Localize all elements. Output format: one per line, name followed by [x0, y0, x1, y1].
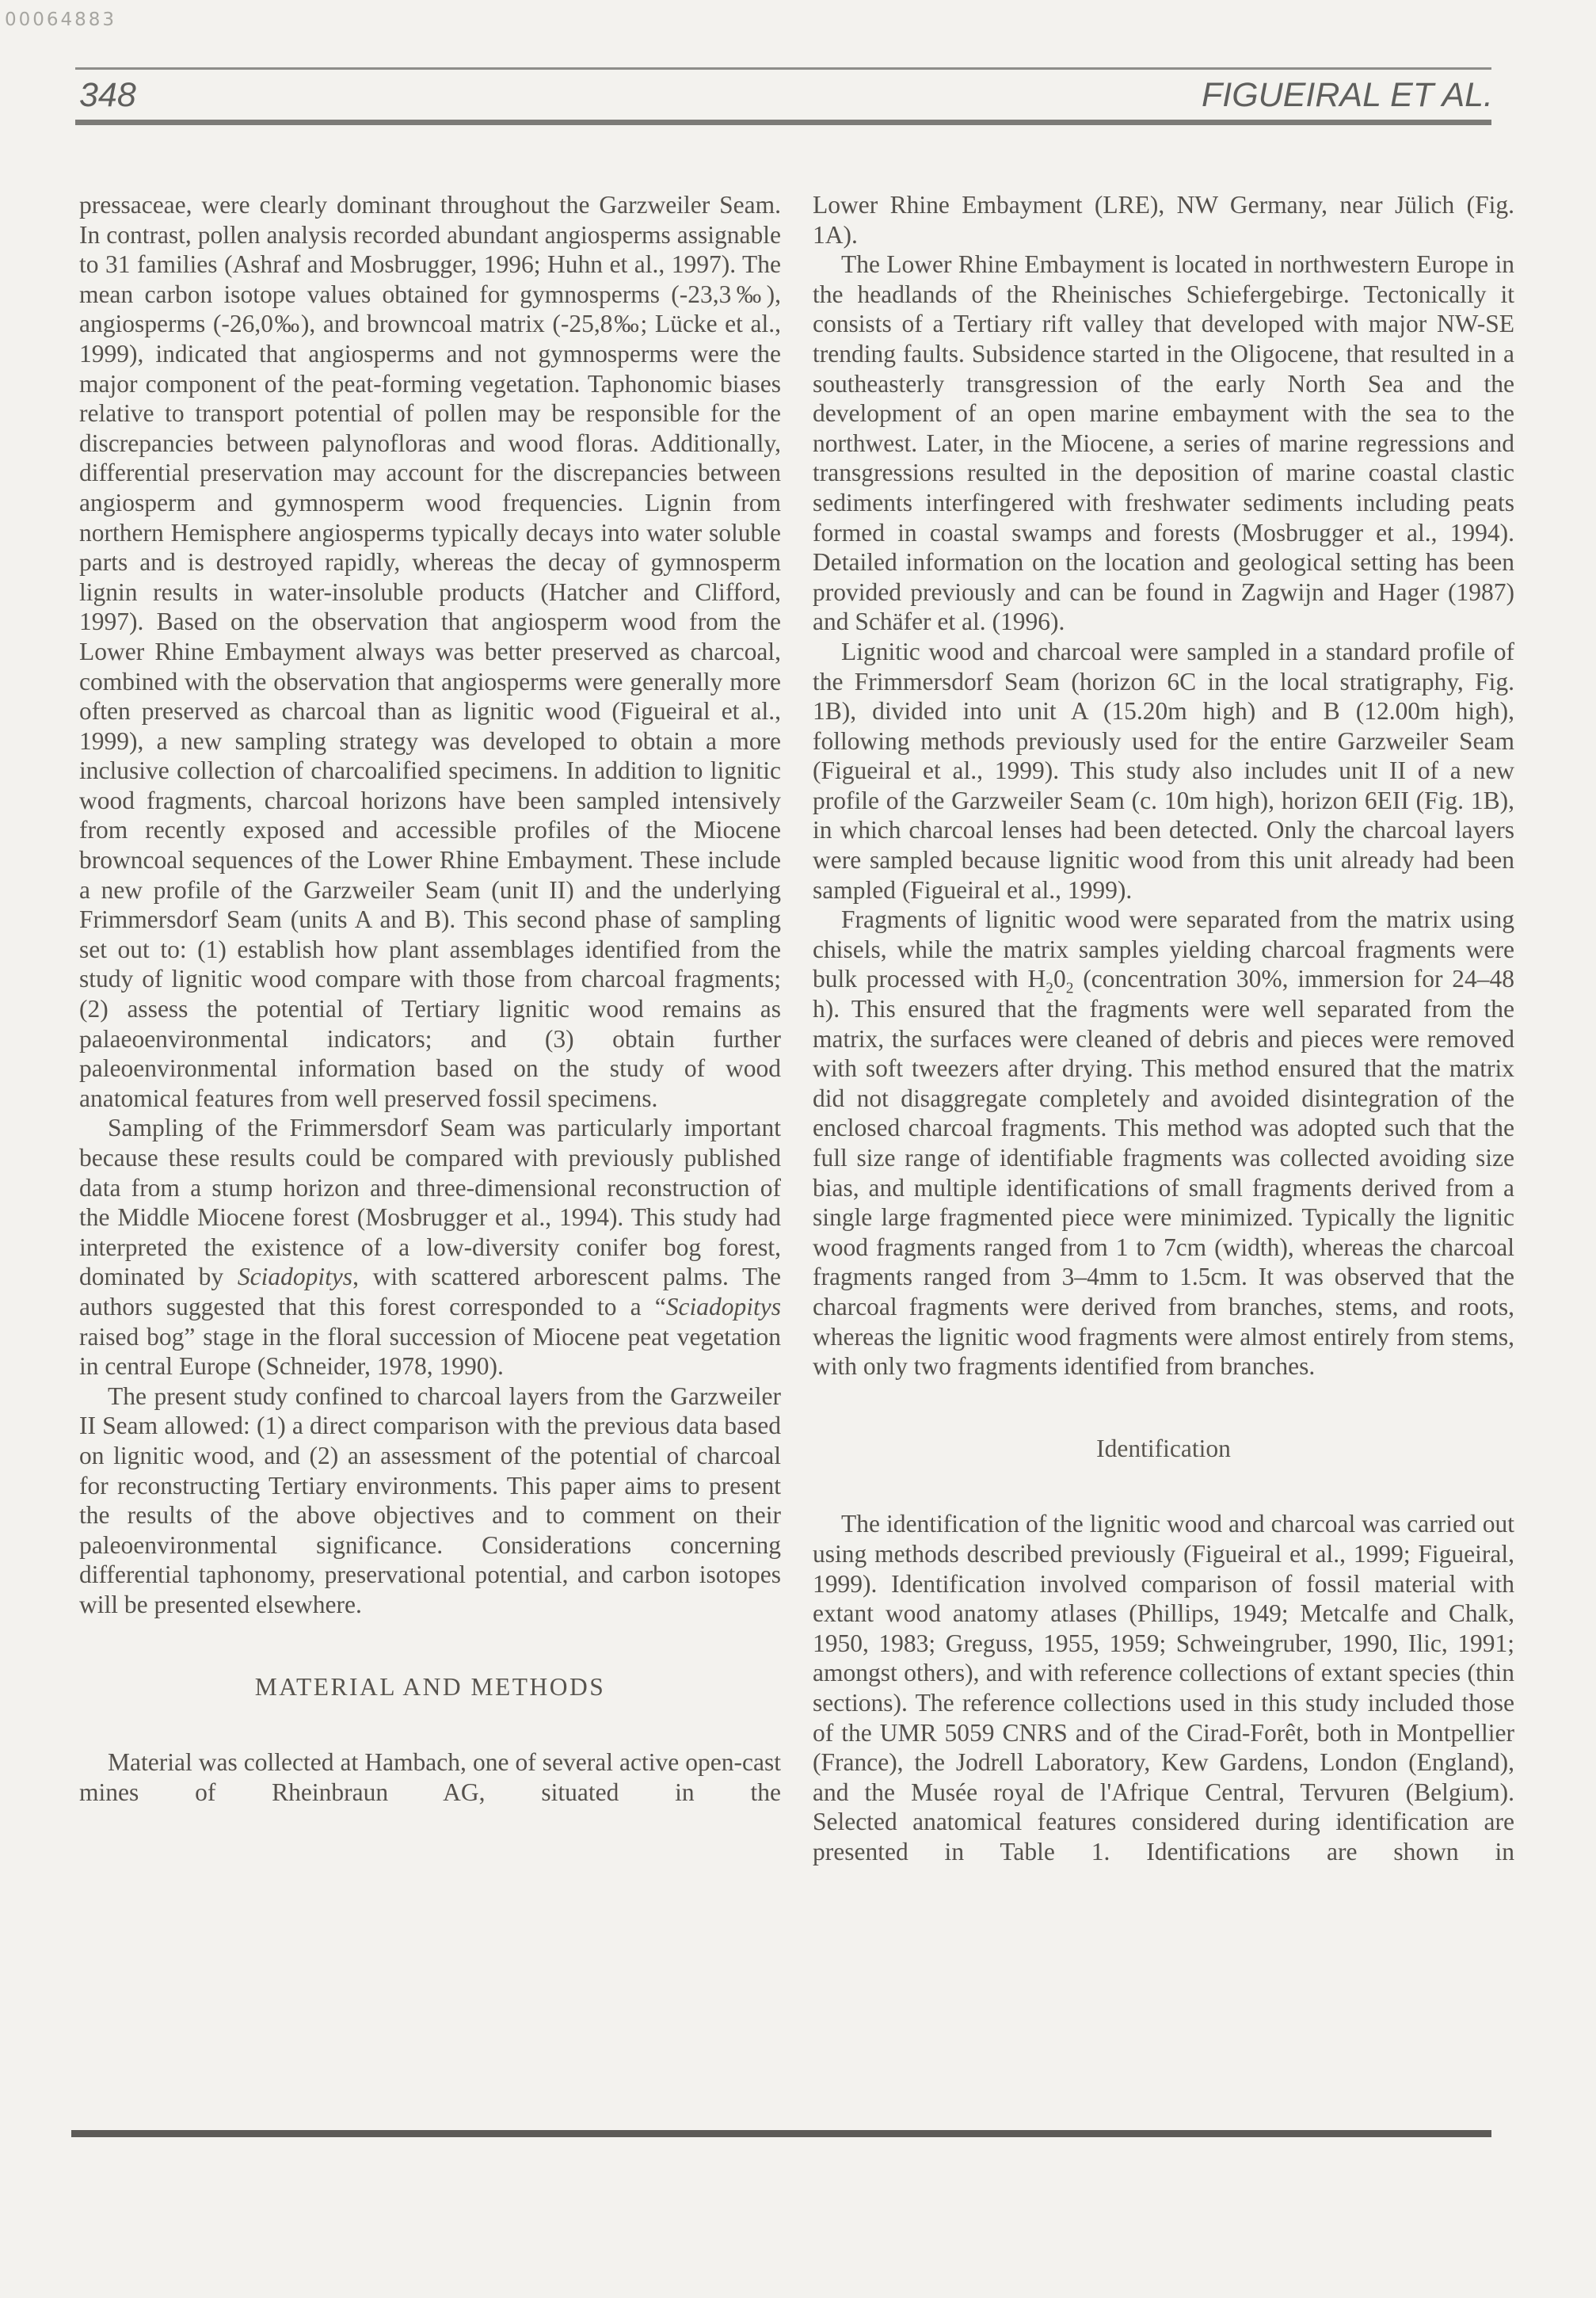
page-number: 348: [79, 76, 136, 115]
bottom-scan-bar: [71, 2130, 1491, 2137]
right-column: Lower Rhine Embayment (LRE), NW Germany,…: [813, 190, 1514, 1866]
paragraph: Sampling of the Frimmersdorf Seam was pa…: [79, 1113, 781, 1381]
paragraph: Lignitic wood and charcoal were sampled …: [813, 637, 1514, 905]
section-heading: Identification: [813, 1434, 1514, 1464]
header-rule-top: [75, 67, 1491, 70]
section-heading: MATERIAL AND METHODS: [79, 1672, 781, 1702]
paragraph: The present study confined to charcoal l…: [79, 1381, 781, 1620]
text-columns: pressaceae, were clearly dominant throug…: [79, 190, 1514, 1866]
journal-page-scan: 00064883 348 FIGUEIRAL ET AL. pressaceae…: [0, 0, 1596, 2298]
header-rule-bottom: [75, 120, 1491, 125]
paragraph: The identification of the lignitic wood …: [813, 1509, 1514, 1866]
running-head: FIGUEIRAL ET AL.: [1202, 76, 1493, 115]
paragraph: Fragments of lignitic wood were separate…: [813, 905, 1514, 1381]
paragraph: pressaceae, were clearly dominant throug…: [79, 190, 781, 1113]
scan-number: 00064883: [5, 10, 116, 30]
page-header: 348 FIGUEIRAL ET AL.: [79, 76, 1493, 115]
left-column: pressaceae, were clearly dominant throug…: [79, 190, 781, 1866]
paragraph: The Lower Rhine Embayment is located in …: [813, 250, 1514, 637]
paragraph: Lower Rhine Embayment (LRE), NW Germany,…: [813, 190, 1514, 250]
paragraph: Material was collected at Hambach, one o…: [79, 1747, 781, 1807]
